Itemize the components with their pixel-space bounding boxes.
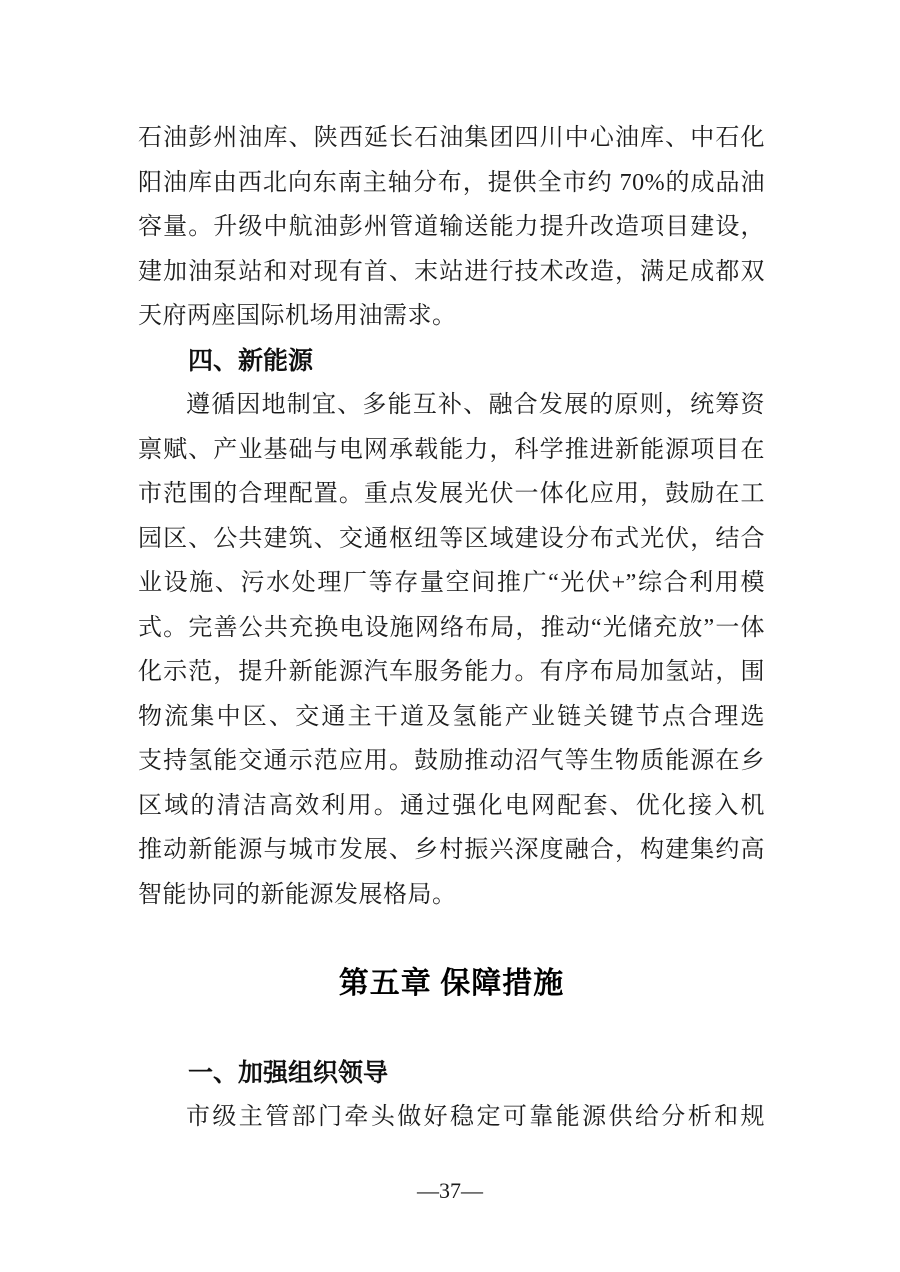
- document-page: { "document": { "para_oil_storage_lines"…: [0, 0, 900, 1272]
- text-line: 业设施、污水处理厂等存量空间推广“光伏+”综合利用模: [138, 561, 765, 606]
- text-line: 智能协同的新能源发展格局。: [138, 873, 765, 918]
- text-line: 市范围的合理配置。重点发展光伏一体化应用，鼓励在工业: [138, 472, 765, 517]
- text-line: 区域的清洁高效利用。通过强化电网配套、优化接入机制，: [138, 784, 765, 829]
- text-line: 式。完善公共充换电设施网络布局，推动“光储充放”一体: [138, 606, 765, 651]
- text-line: 物流集中区、交通主干道及氢能产业链关键节点合理选址，: [138, 695, 765, 740]
- document-body: 石油彭州油库、陕西延长石油集团四川中心油库、中石化简阳油库由西北向东南主轴分布，…: [138, 116, 765, 1140]
- text-line: 化示范，提升新能源汽车服务能力。有序布局加氢站，围绕: [138, 650, 765, 695]
- text-line: 市级主管部门牵头做好稳定可靠能源供给分析和规: [138, 1095, 765, 1140]
- text-line: 支持氢能交通示范应用。鼓励推动沼气等生物质能源在乡村: [138, 739, 765, 784]
- text-line: 石油彭州油库、陕西延长石油集团四川中心油库、中石化简: [138, 116, 765, 161]
- text-line: 天府两座国际机场用油需求。: [138, 294, 765, 339]
- section-heading-organization: 一、加强组织领导: [138, 1051, 765, 1096]
- text-line: 禀赋、产业基础与电网承载能力，科学推进新能源项目在全: [138, 428, 765, 473]
- text-line: 阳油库由西北向东南主轴分布，提供全市约 70%的成品油罐: [138, 161, 765, 206]
- text-line: 建加油泵站和对现有首、末站进行技术改造，满足成都双流、: [138, 250, 765, 295]
- paragraph-new-energy: 遵循因地制宜、多能互补、融合发展的原则，统筹资源禀赋、产业基础与电网承载能力，科…: [138, 383, 765, 917]
- chapter-heading: 第五章 保障措施: [138, 962, 765, 1007]
- paragraph-organization: 市级主管部门牵头做好稳定可靠能源供给分析和规: [138, 1095, 765, 1140]
- text-line: 推动新能源与城市发展、乡村振兴深度融合，构建集约高效、: [138, 828, 765, 873]
- section-heading-new-energy: 四、新能源: [138, 339, 765, 384]
- text-line: 园区、公共建筑、交通枢纽等区域建设分布式光伏，结合农: [138, 517, 765, 562]
- text-line: 容量。升级中航油彭州管道输送能力提升改造项目建设，新: [138, 205, 765, 250]
- text-line: 遵循因地制宜、多能互补、融合发展的原则，统筹资源: [138, 383, 765, 428]
- page-number: —37—: [0, 1178, 900, 1204]
- paragraph-oil-storage: 石油彭州油库、陕西延长石油集团四川中心油库、中石化简阳油库由西北向东南主轴分布，…: [138, 116, 765, 339]
